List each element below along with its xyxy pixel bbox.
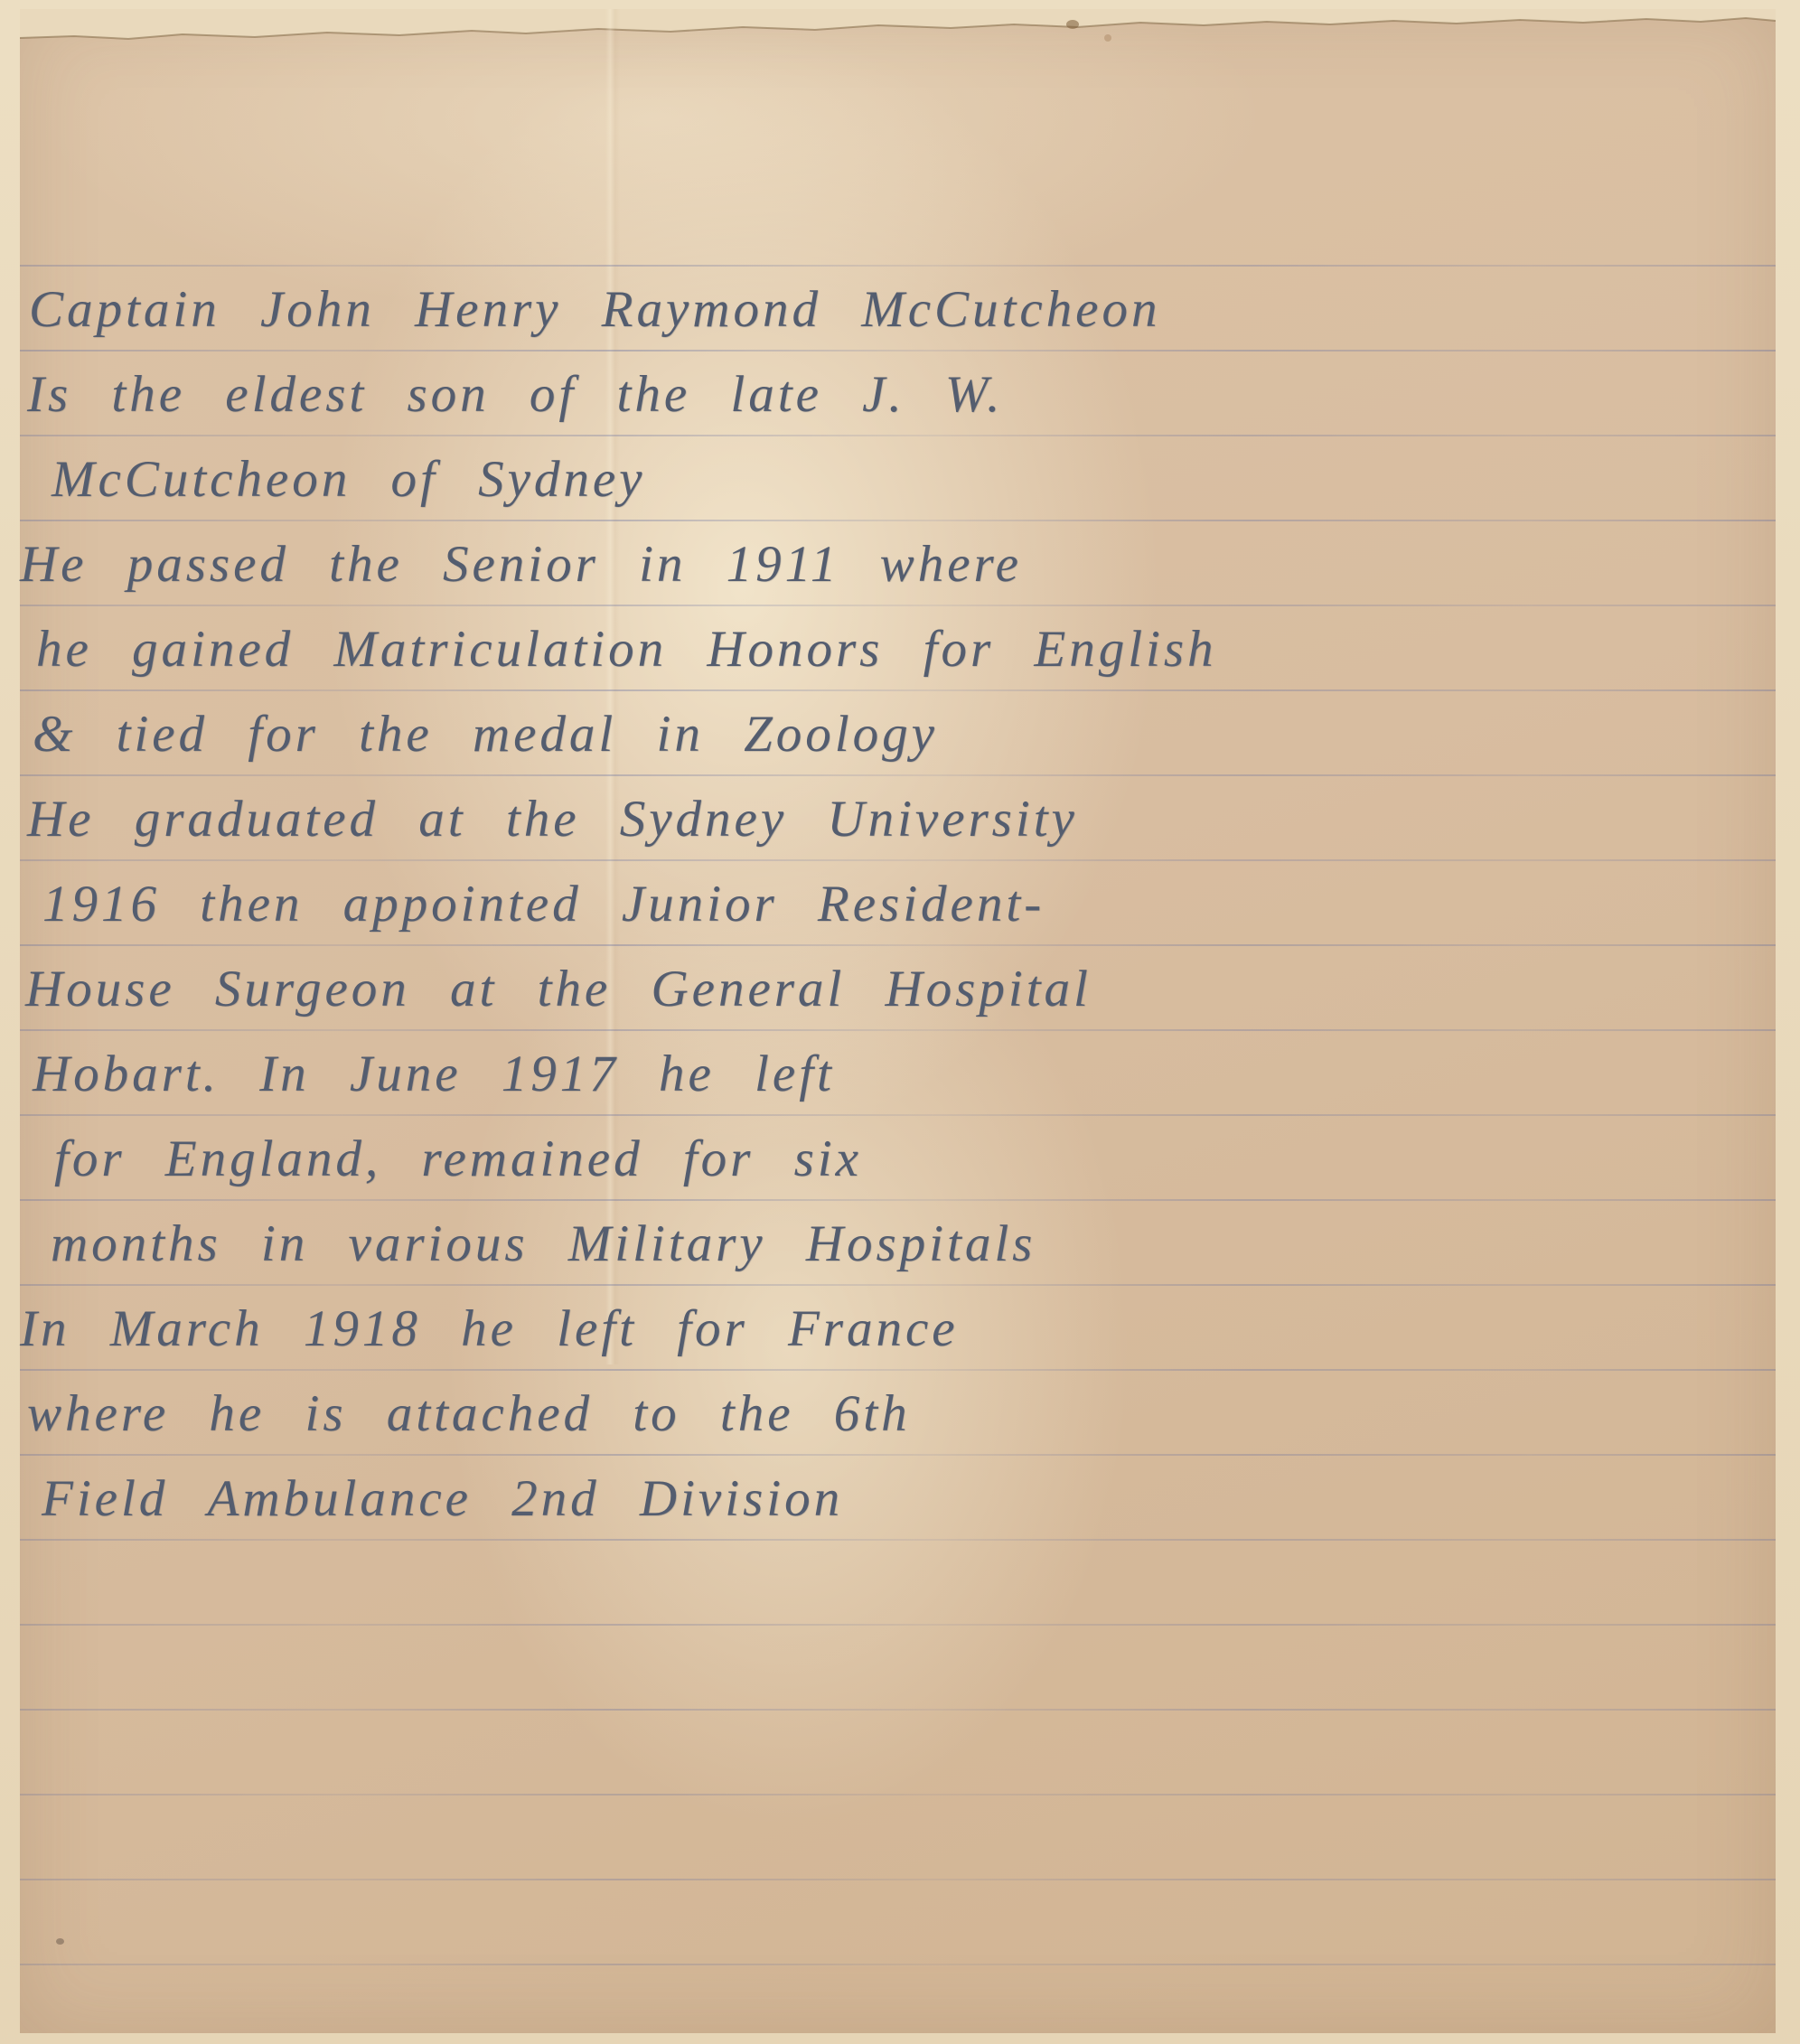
paper-sheet: Captain John Henry Raymond McCutcheon Is… — [20, 9, 1776, 2033]
handwritten-line: for England, remained for six — [54, 1114, 862, 1199]
handwritten-line: months in various Military Hospitals — [51, 1199, 1036, 1284]
paper-speck — [1104, 34, 1111, 42]
paper-speck — [56, 1938, 64, 1945]
handwritten-line: & tied for the medal in Zoology — [33, 689, 938, 774]
handwritten-line: McCutcheon of Sydney — [52, 435, 645, 520]
handwritten-text-block: Captain John Henry Raymond McCutcheon Is… — [20, 9, 1776, 2033]
handwritten-line: In March 1918 he left for France — [20, 1284, 959, 1369]
paper-speck — [1066, 20, 1079, 29]
handwritten-line: 1916 then appointed Junior Resident- — [42, 859, 1045, 944]
handwritten-line: He graduated at the Sydney University — [27, 774, 1078, 859]
handwritten-line: where he is attached to the 6th — [27, 1369, 911, 1454]
handwritten-line: Hobart. In June 1917 he left — [33, 1029, 835, 1114]
handwritten-line: Captain John Henry Raymond McCutcheon — [29, 265, 1160, 350]
handwritten-line: Field Ambulance 2nd Division — [42, 1454, 843, 1539]
handwritten-line: Is the eldest son of the late J. W. — [27, 350, 1003, 435]
handwritten-line: he gained Matriculation Honors for Engli… — [36, 605, 1217, 689]
handwritten-line: He passed the Senior in 1911 where — [20, 520, 1022, 605]
handwritten-line: House Surgeon at the General Hospital — [25, 944, 1092, 1029]
